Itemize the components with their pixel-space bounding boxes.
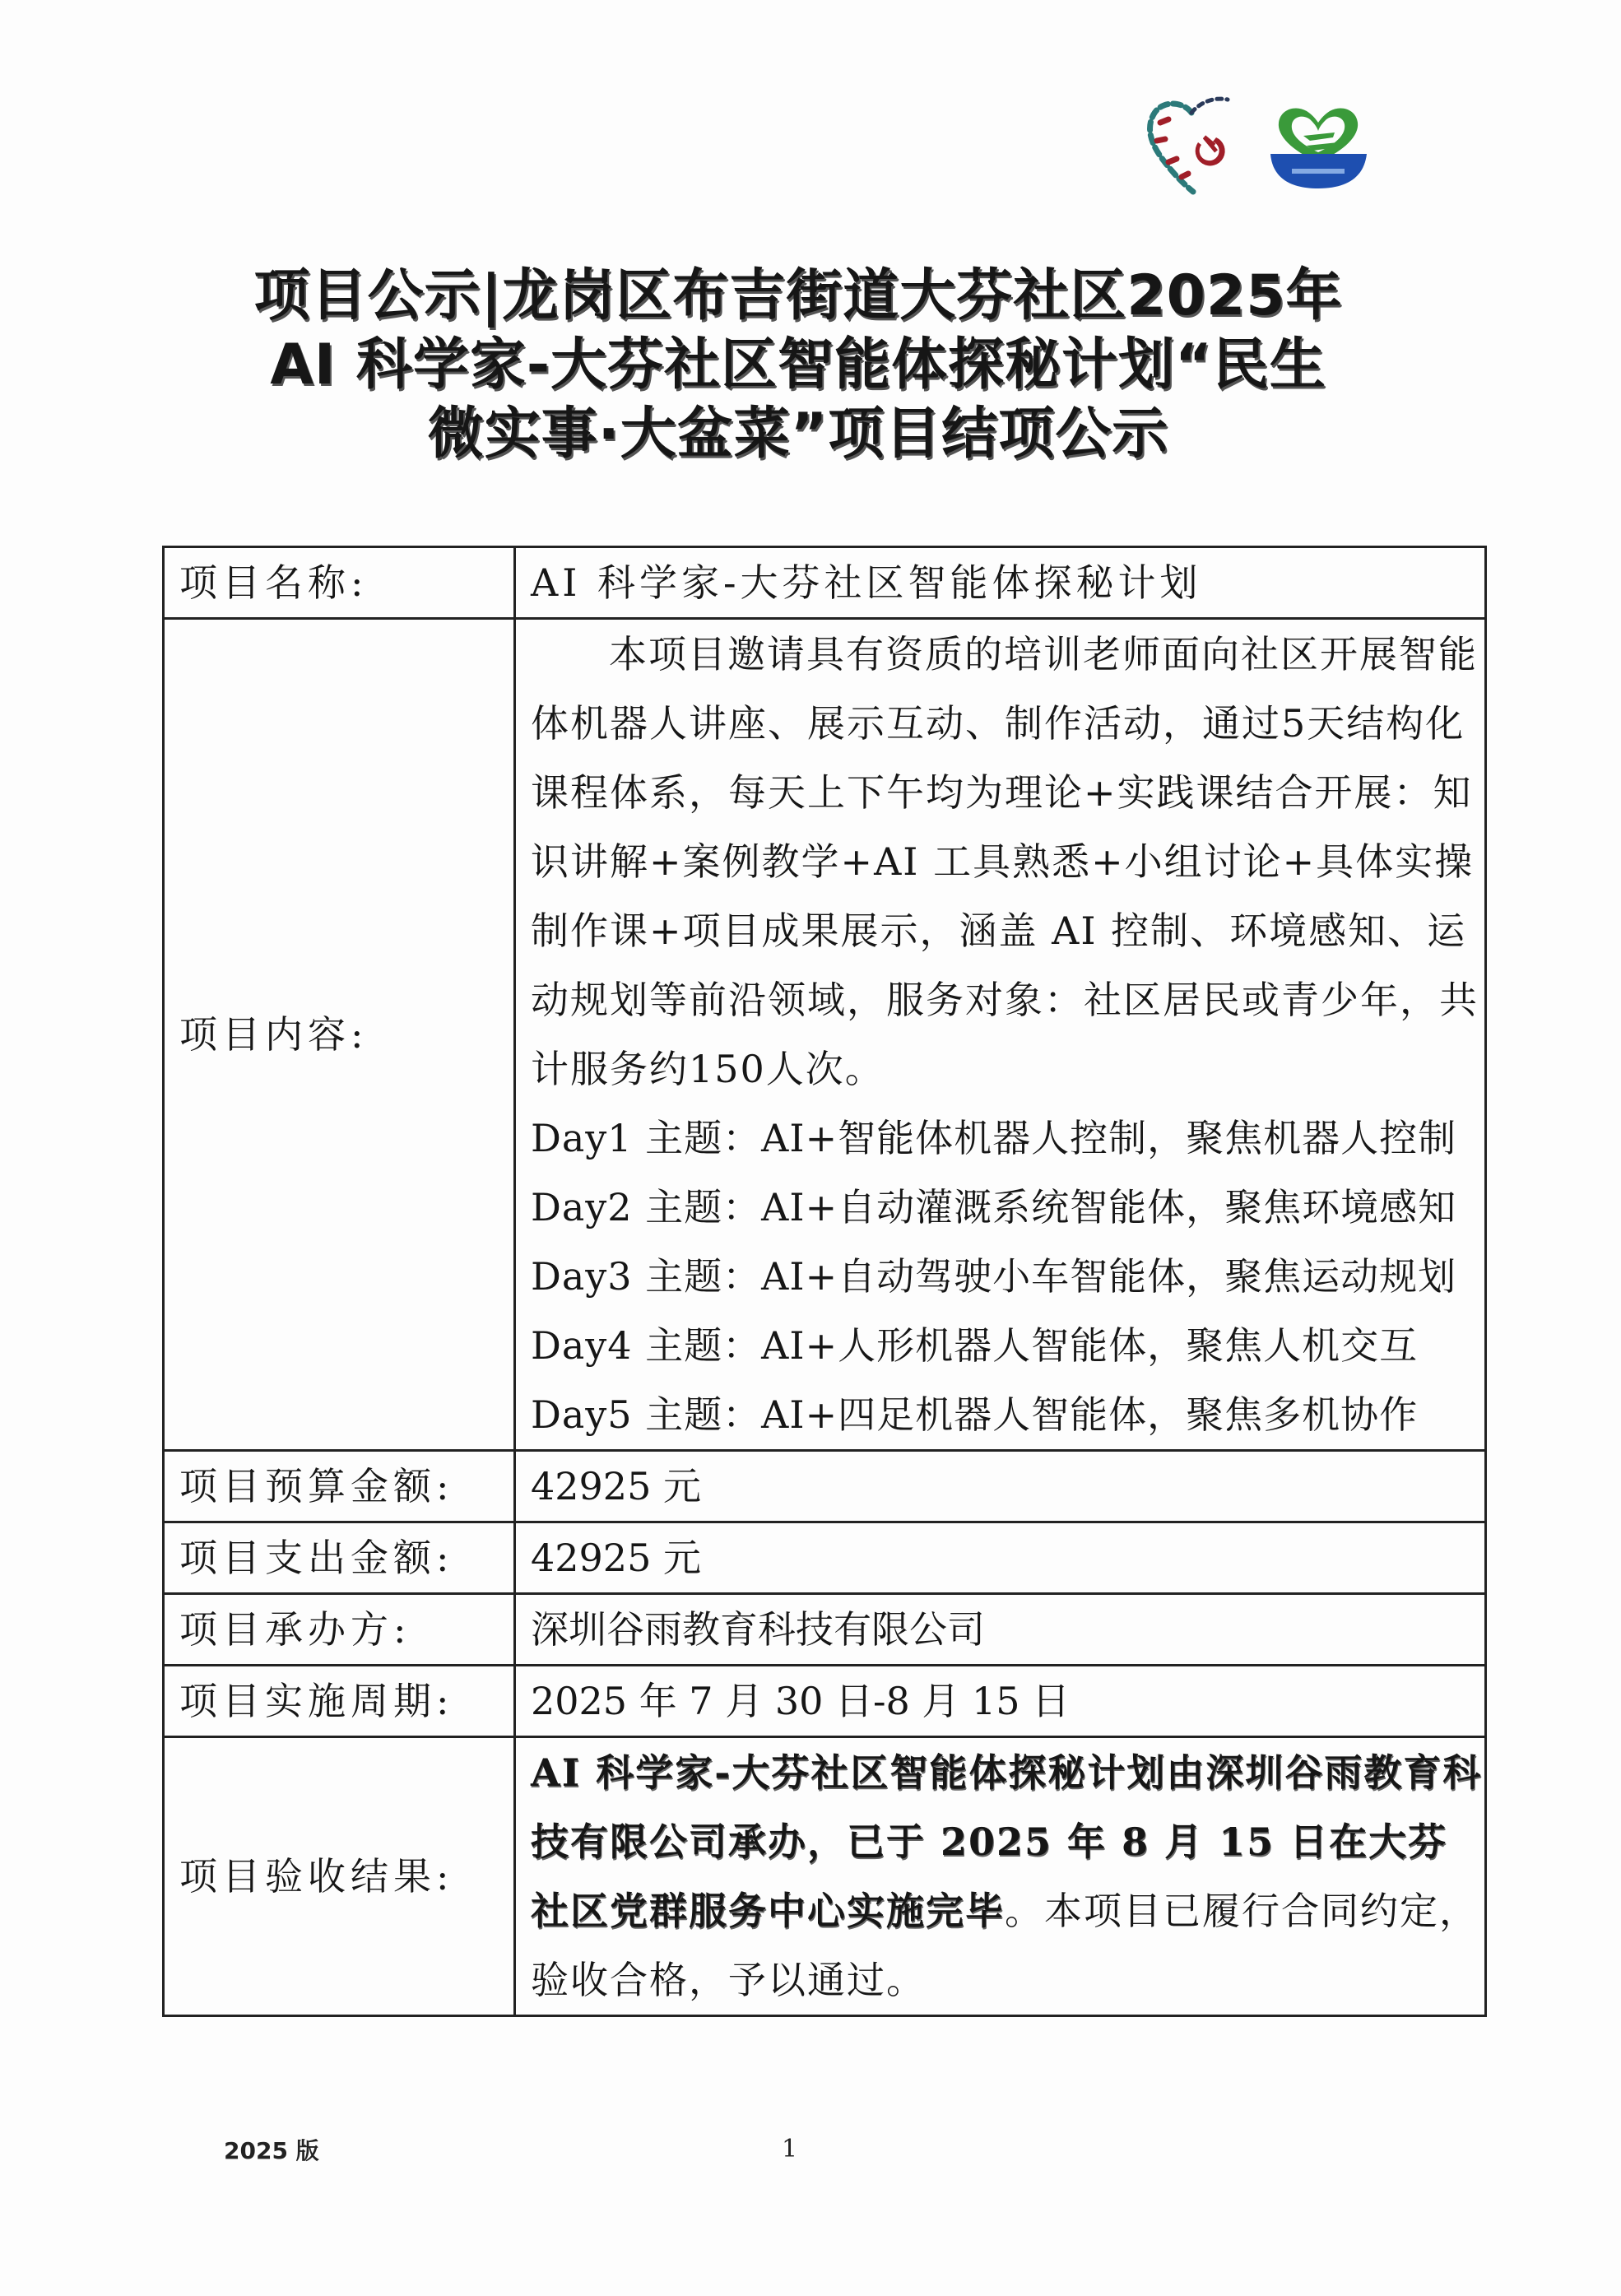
day-theme-1: Day1 主题：AI+智能体机器人控制，聚焦机器人控制: [531, 1104, 1484, 1173]
table-row-expenditure: 项目支出金额: 42925 元: [164, 1522, 1486, 1594]
day-theme-4: Day4 主题：AI+人形机器人智能体，聚焦人机交互: [531, 1311, 1484, 1380]
budget-value: 42925 元: [515, 1451, 1486, 1522]
day-theme-2: Day2 主题：AI+自动灌溉系统智能体，聚焦环境感知: [531, 1173, 1484, 1242]
expenditure-value: 42925 元: [515, 1522, 1486, 1594]
project-name-label: 项目名称:: [164, 547, 515, 619]
header-logos: [1144, 95, 1382, 198]
page-number: 1: [782, 2135, 797, 2164]
organizer-label: 项目承办方:: [164, 1594, 515, 1666]
table-row-period: 项目实施周期: 2025 年 7 月 30 日-8 月 15 日: [164, 1666, 1486, 1737]
table-row-project-name: 项目名称: AI 科学家-大芬社区智能体探秘计划: [164, 547, 1486, 619]
project-content-label: 项目内容:: [164, 619, 515, 1451]
table-row-organizer: 项目承办方: 深圳谷雨教育科技有限公司: [164, 1594, 1486, 1666]
organizer-value: 深圳谷雨教育科技有限公司: [515, 1594, 1486, 1666]
project-content-value: 本项目邀请具有资质的培训老师面向社区开展智能体机器人讲座、展示互动、制作活动，通…: [515, 619, 1486, 1451]
table-row-acceptance: 项目验收结果: AI 科学家-大芬社区智能体探秘计划由深圳谷雨教育科技有限公司承…: [164, 1737, 1486, 2016]
project-info-table: 项目名称: AI 科学家-大芬社区智能体探秘计划 项目内容: 本项目邀请具有资质…: [162, 546, 1487, 2017]
budget-label: 项目预算金额:: [164, 1451, 515, 1522]
acceptance-label: 项目验收结果:: [164, 1737, 515, 2016]
title-line-1: 项目公示|龙岗区布吉街道大芬社区2025年: [206, 262, 1391, 331]
expenditure-label: 项目支出金额:: [164, 1522, 515, 1594]
title-line-2: AI 科学家-大芬社区智能体探秘计划“民生: [206, 331, 1391, 400]
period-value: 2025 年 7 月 30 日-8 月 15 日: [515, 1666, 1486, 1737]
table-row-project-content: 项目内容: 本项目邀请具有资质的培训老师面向社区开展智能体机器人讲座、展示互动、…: [164, 619, 1486, 1451]
day-theme-5: Day5 主题：AI+四足机器人智能体，聚焦多机协作: [531, 1380, 1484, 1449]
edition-label: 2025 版: [224, 2133, 319, 2166]
table-row-budget: 项目预算金额: 42925 元: [164, 1451, 1486, 1522]
acceptance-value: AI 科学家-大芬社区智能体探秘计划由深圳谷雨教育科技有限公司承办，已于 202…: [515, 1737, 1486, 2016]
period-label: 项目实施周期:: [164, 1666, 515, 1737]
project-name-value: AI 科学家-大芬社区智能体探秘计划: [515, 547, 1486, 619]
minsheng-bowl-logo-icon: [1267, 103, 1370, 193]
day-theme-3: Day3 主题：AI+自动驾驶小车智能体，聚焦运动规划: [531, 1242, 1484, 1311]
page-title: 项目公示|龙岗区布吉街道大芬社区2025年 AI 科学家-大芬社区智能体探秘计划…: [206, 262, 1391, 469]
title-line-3: 微实事·大盆菜”项目结项公示: [206, 400, 1391, 469]
party-heart-logo-icon: [1144, 95, 1242, 198]
project-content-intro: 本项目邀请具有资质的培训老师面向社区开展智能体机器人讲座、展示互动、制作活动，通…: [531, 620, 1484, 1104]
